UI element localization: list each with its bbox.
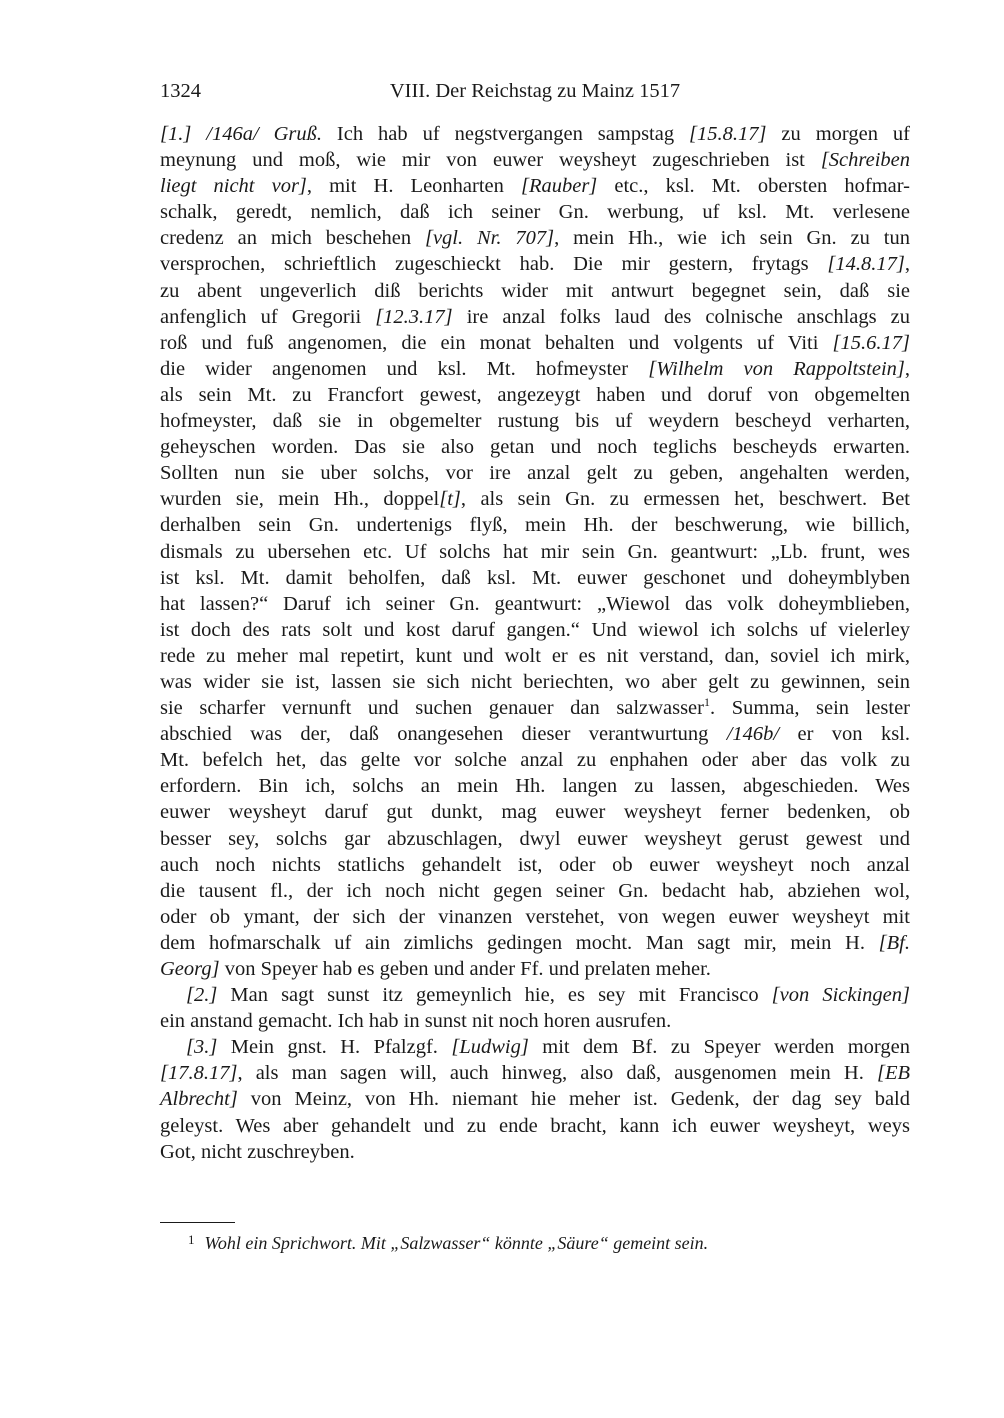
text-line: auch noch nichts statlichs gehandelt ist… xyxy=(160,852,910,878)
text-line: rede zu meher mal repetirt, kunt und wol… xyxy=(160,643,910,669)
text-segment: besser sey, solchs gar abzuschlagen, dwy… xyxy=(160,828,910,850)
text-line: meynung und moß, wie mir von euwer weysh… xyxy=(160,147,910,173)
text-line: schalk, geredt, nemlich, daß ich seiner … xyxy=(160,199,910,225)
editorial-italic: [vgl. Nr. 707] xyxy=(425,227,554,249)
text-line: roß und fuß angenomen, die ein monat beh… xyxy=(160,330,910,356)
text-line: die wider angenomen und ksl. Mt. hofmeys… xyxy=(160,356,910,382)
text-line: Mt. befelch het, das gelte vor solche an… xyxy=(160,747,910,773)
text-line: geheyschen worden. Das sie also getan un… xyxy=(160,434,910,460)
text-line: [3.] Mein gnst. H. Pfalzgf. [Ludwig] mit… xyxy=(160,1034,910,1060)
text-line: anfenglich uf Gregorii [12.3.17] ire anz… xyxy=(160,304,910,330)
text-segment: die wider angenomen und ksl. Mt. hofmeys… xyxy=(160,358,648,380)
editorial-italic: [3.] xyxy=(186,1036,217,1058)
text-segment: die tausent fl., der ich noch nicht gege… xyxy=(160,880,910,902)
text-line: [1.] /146a/ Gruß. Ich hab uf negstvergan… xyxy=(160,121,910,147)
text-line: Sollten nun sie uber solchs, vor ire anz… xyxy=(160,460,910,486)
main-text: [1.] /146a/ Gruß. Ich hab uf negstvergan… xyxy=(160,121,910,1165)
editorial-italic: [Ludwig] xyxy=(451,1036,528,1058)
text-segment: Ich hab uf negstvergangen sampstag xyxy=(322,123,689,145)
text-segment: , mein Hh., wie ich sein Gn. zu tun xyxy=(554,227,910,249)
editorial-italic: [1.] /146a/ Gruß. xyxy=(160,123,322,145)
editorial-italic: [Rauber] xyxy=(521,175,597,197)
text-line: was wider sie ist, lassen sie sich nicht… xyxy=(160,669,910,695)
text-line: dem hofmarschalk uf ain zimlichs gedinge… xyxy=(160,930,910,956)
text-segment: wurden sie, mein Hh., doppel xyxy=(160,488,439,510)
footnote-text: Wohl ein Sprichwort. Mit „Salzwasser“ kö… xyxy=(205,1233,709,1253)
text-segment: Got, nicht zuschreyben. xyxy=(160,1141,355,1163)
editorial-italic: [Wilhelm von Rappoltstein] xyxy=(648,358,905,380)
text-segment: , xyxy=(905,358,910,380)
text-segment: erfordern. Bin ich, solchs an mein Hh. l… xyxy=(160,775,910,797)
text-line: abschied was der, daß onangesehen dieser… xyxy=(160,721,910,747)
text-segment: credenz an mich beschehen xyxy=(160,227,425,249)
editorial-italic: [12.3.17] xyxy=(375,306,452,328)
text-segment: meynung und moß, wie mir von euwer weysh… xyxy=(160,149,821,171)
text-line: dismals zu ubersehen etc. Uf solchs hat … xyxy=(160,539,910,565)
editorial-italic: [Bf. xyxy=(879,932,910,954)
text-line: besser sey, solchs gar abzuschlagen, dwy… xyxy=(160,826,910,852)
text-segment: zu morgen uf xyxy=(767,123,910,145)
text-segment: oder ob ymant, der sich der vinanzen ver… xyxy=(160,906,910,928)
text-segment: von Meinz, von Hh. niemant hie meher ist… xyxy=(238,1088,910,1110)
text-line: credenz an mich beschehen [vgl. Nr. 707]… xyxy=(160,225,910,251)
text-segment: auch noch nichts statlichs gehandelt ist… xyxy=(160,854,910,876)
text-segment: sie scharfer vernunft und suchen genauer… xyxy=(160,697,704,719)
editorial-italic: Georg] xyxy=(160,958,220,980)
text-line: hofmeyster, daß sie in obgemelter rustun… xyxy=(160,408,910,434)
text-segment: anfenglich uf Gregorii xyxy=(160,306,375,328)
text-line: die tausent fl., der ich noch nicht gege… xyxy=(160,878,910,904)
text-segment: ist ksl. Mt. damit beholfen, daß ksl. Mt… xyxy=(160,567,910,589)
editorial-italic: [t] xyxy=(439,488,461,510)
text-segment: hofmeyster, daß sie in obgemelter rustun… xyxy=(160,410,910,432)
text-segment: , xyxy=(905,253,910,275)
running-title: VIII. Der Reichstag zu Mainz 1517 xyxy=(160,80,910,103)
text-segment: geleyst. Wes aber gehandelt und zu ende … xyxy=(160,1115,910,1137)
running-header: 1324 VIII. Der Reichstag zu Mainz 1517 xyxy=(160,80,910,106)
text-line: zu abent ungeverlich diß berichts wider … xyxy=(160,278,910,304)
text-line: euwer weysheyt daruf gut dunkt, mag euwe… xyxy=(160,799,910,825)
text-segment: ire anzal folks laud des colnische ansch… xyxy=(453,306,910,328)
editorial-italic: [15.8.17] xyxy=(689,123,766,145)
text-line: ist ksl. Mt. damit beholfen, daß ksl. Mt… xyxy=(160,565,910,591)
text-line: Albrecht] von Meinz, von Hh. niemant hie… xyxy=(160,1086,910,1112)
editorial-italic: liegt nicht vor] xyxy=(160,175,307,197)
text-segment: , als man sagen will, auch hinweg, also … xyxy=(237,1062,877,1084)
text-segment: , mit H. Leonharten xyxy=(307,175,521,197)
text-line: liegt nicht vor], mit H. Leonharten [Rau… xyxy=(160,173,910,199)
editorial-italic: [14.8.17] xyxy=(827,253,904,275)
text-line: derhalben sein Gn. undertenigs flyß, mei… xyxy=(160,512,910,538)
text-segment: Sollten nun sie uber solchs, vor ire anz… xyxy=(160,462,910,484)
text-line: ist doch des rats solt und kost daruf ga… xyxy=(160,617,910,643)
text-segment: rede zu meher mal repetirt, kunt und wol… xyxy=(160,645,910,667)
text-segment: von Speyer hab es geben und ander Ff. un… xyxy=(220,958,711,980)
text-segment: , als sein Gn. zu ermessen het, beschwer… xyxy=(461,488,910,510)
text-segment: zu abent ungeverlich diß berichts wider … xyxy=(160,280,910,302)
text-segment: ein anstand gemacht. Ich hab in sunst ni… xyxy=(160,1010,671,1032)
editorial-italic: /146b/ xyxy=(727,723,779,745)
text-segment: derhalben sein Gn. undertenigs flyß, mei… xyxy=(160,514,910,536)
footnote-1: 1Wohl ein Sprichwort. Mit „Salzwasser“ k… xyxy=(188,1228,708,1255)
text-line: [2.] Man sagt sunst itz gemeynlich hie, … xyxy=(160,982,910,1008)
editorial-italic: Albrecht] xyxy=(160,1088,238,1110)
text-segment: Mein gnst. H. Pfalzgf. xyxy=(217,1036,451,1058)
text-line: Georg] von Speyer hab es geben und ander… xyxy=(160,956,910,982)
text-line: ein anstand gemacht. Ich hab in sunst ni… xyxy=(160,1008,910,1034)
editorial-italic: [EB xyxy=(877,1062,910,1084)
footnote-divider xyxy=(160,1222,235,1223)
editorial-italic: [17.8.17] xyxy=(160,1062,237,1084)
text-line: als sein Mt. zu Francfort gewest, angeze… xyxy=(160,382,910,408)
text-segment: hat lassen?“ Daruf ich seiner Gn. geantw… xyxy=(160,593,910,615)
editorial-italic: [von Sickingen] xyxy=(772,984,910,1006)
text-segment: er von ksl. xyxy=(779,723,910,745)
text-segment: was wider sie ist, lassen sie sich nicht… xyxy=(160,671,910,693)
text-line: versprochen, schrieftlich zugeschieckt h… xyxy=(160,251,910,277)
text-line: Got, nicht zuschreyben. xyxy=(160,1139,910,1165)
text-segment: versprochen, schrieftlich zugeschieckt h… xyxy=(160,253,827,275)
text-line: sie scharfer vernunft und suchen genauer… xyxy=(160,695,910,721)
text-segment: abschied was der, daß onangesehen dieser… xyxy=(160,723,727,745)
footnote-number: 1 xyxy=(188,1232,195,1247)
text-segment: dem hofmarschalk uf ain zimlichs gedinge… xyxy=(160,932,879,954)
text-segment: ist doch des rats solt und kost daruf ga… xyxy=(160,619,910,641)
text-line: geleyst. Wes aber gehandelt und zu ende … xyxy=(160,1113,910,1139)
text-line: hat lassen?“ Daruf ich seiner Gn. geantw… xyxy=(160,591,910,617)
text-segment: . Summa, sein lester xyxy=(710,697,910,719)
text-line: oder ob ymant, der sich der vinanzen ver… xyxy=(160,904,910,930)
text-segment: schalk, geredt, nemlich, daß ich seiner … xyxy=(160,201,910,223)
text-line: [17.8.17], als man sagen will, auch hinw… xyxy=(160,1060,910,1086)
text-segment: als sein Mt. zu Francfort gewest, angeze… xyxy=(160,384,910,406)
text-segment: mit dem Bf. zu Speyer werden morgen xyxy=(529,1036,910,1058)
text-segment: Man sagt sunst itz gemeynlich hie, es se… xyxy=(217,984,771,1006)
editorial-italic: [Schreiben xyxy=(821,149,910,171)
editorial-italic: [15.6.17] xyxy=(833,332,910,354)
editorial-italic: [2.] xyxy=(186,984,217,1006)
text-segment: dismals zu ubersehen etc. Uf solchs hat … xyxy=(160,541,910,563)
text-segment: roß und fuß angenomen, die ein monat beh… xyxy=(160,332,833,354)
text-segment: geheyschen worden. Das sie also getan un… xyxy=(160,436,910,458)
text-line: wurden sie, mein Hh., doppel[t], als sei… xyxy=(160,486,910,512)
text-segment: euwer weysheyt daruf gut dunkt, mag euwe… xyxy=(160,801,910,823)
text-segment: Mt. befelch het, das gelte vor solche an… xyxy=(160,749,910,771)
text-line: erfordern. Bin ich, solchs an mein Hh. l… xyxy=(160,773,910,799)
text-segment: etc., ksl. Mt. obersten hofmar- xyxy=(597,175,910,197)
